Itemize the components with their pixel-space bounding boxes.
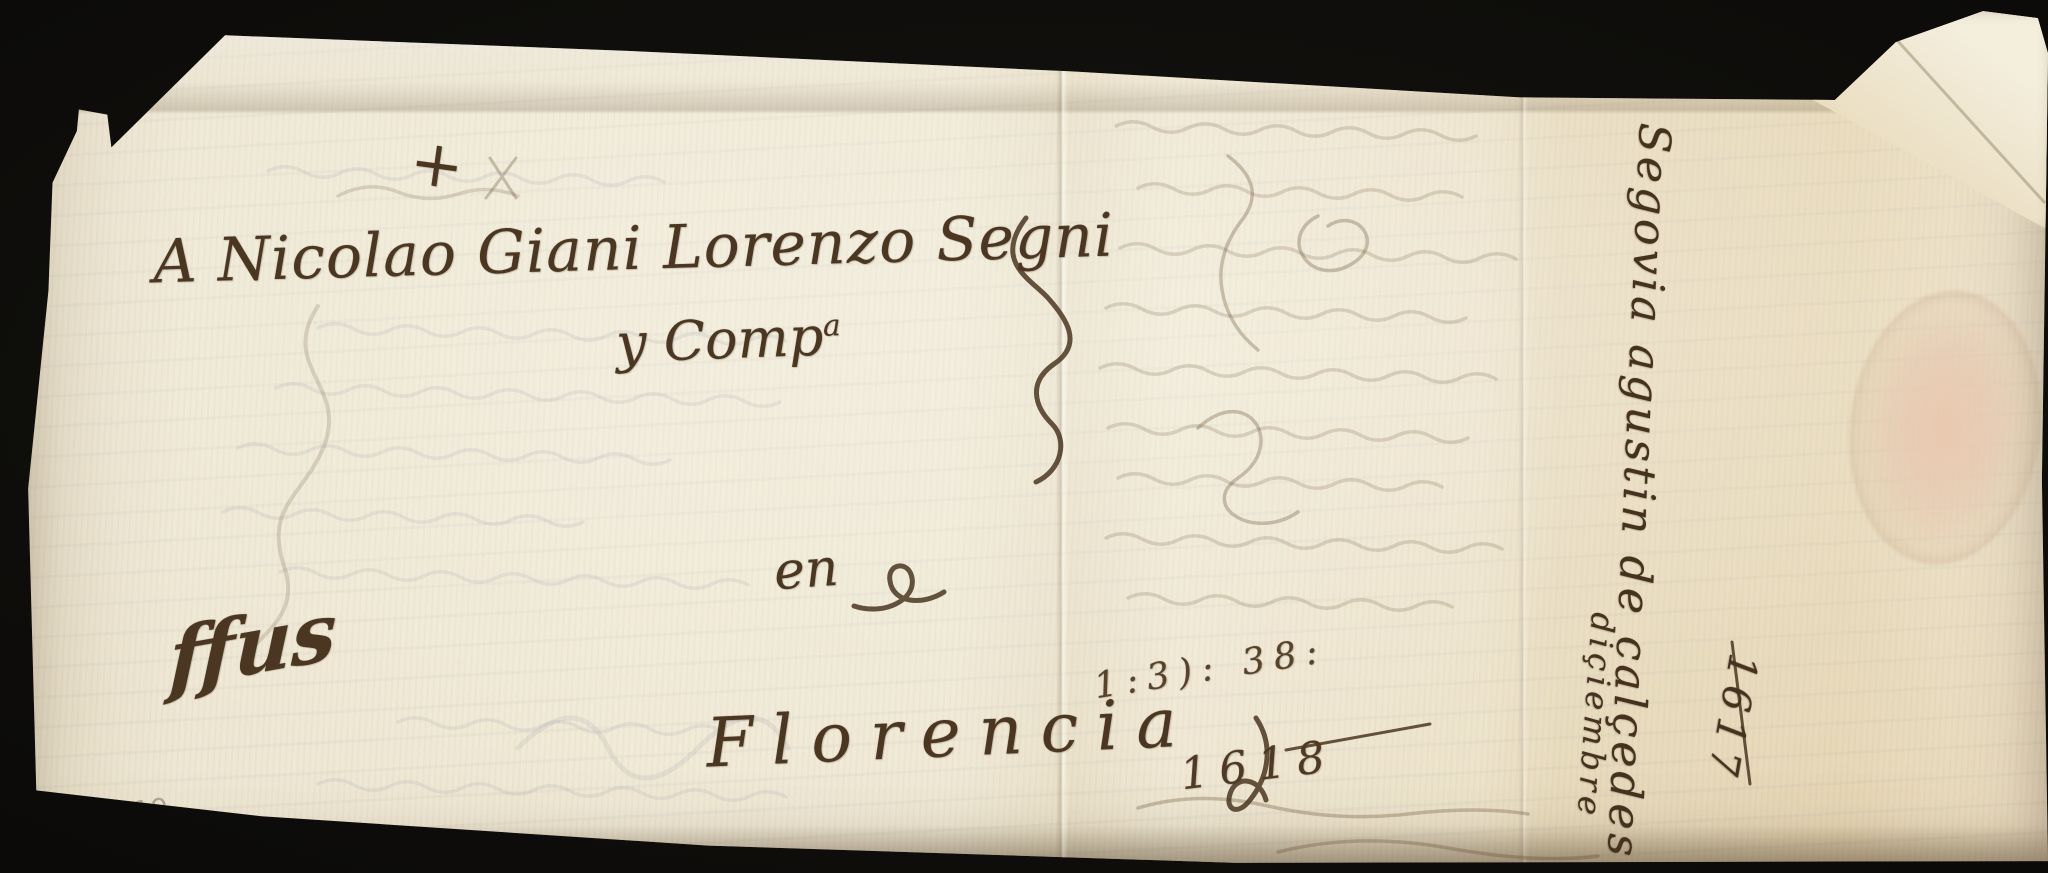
address-line-en: en (772, 538, 840, 602)
folded-corner (1784, 6, 2048, 230)
porte-mark: ffus (168, 582, 338, 707)
en-flourish (854, 566, 944, 609)
company-text: y Comp (615, 305, 824, 375)
collector-pencil-mark: t19 (120, 792, 170, 830)
photo-background: + A Nicolao Giani Lorenzo Segni y Compa … (0, 0, 2048, 873)
address-line-company: y Compa (615, 304, 842, 375)
right-fold-crease (1518, 6, 1528, 868)
cross-mark: + (405, 125, 468, 206)
address-line-name: A Nicolao Giani Lorenzo Segni (152, 201, 1115, 298)
docket-year-line: 1617 (1698, 650, 1766, 786)
paper-seal (1834, 279, 2048, 575)
company-superscript: a (822, 308, 841, 344)
rate-mark-year: 1618 (1177, 731, 1338, 801)
rate-mark-line1: 1:3): 38: (1091, 630, 1329, 707)
letter-paper: + A Nicolao Giani Lorenzo Segni y Compa … (18, 6, 2048, 868)
